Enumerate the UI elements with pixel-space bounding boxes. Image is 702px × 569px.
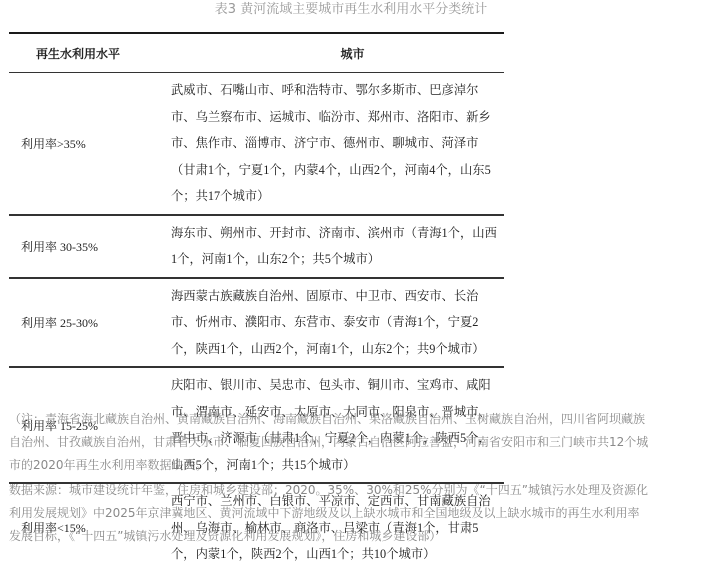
header-level: 再生水利用水平 [9, 34, 171, 73]
header-cities: 城市 [171, 34, 504, 73]
table-row: 利用率 25-30% 海西蒙古族藏族自治州、固原市、中卫市、西安市、长治市、忻州… [9, 278, 504, 368]
table-row: 利用率 30-35% 海东市、朔州市、开封市、济南市、滨州市（青海1个，山西1个… [9, 215, 504, 278]
row-level: 利用率 25-30% [9, 278, 171, 368]
row-cities: 武威市、石嘴山市、呼和浩特市、鄂尔多斯市、巴彦淖尔市、乌兰察布市、运城市、临汾市… [171, 73, 504, 215]
table-caption: 表3 黄河流域主要城市再生水利用水平分类统计 [0, 0, 702, 22]
row-cities: 海东市、朔州市、开封市、济南市、滨州市（青海1个，山西1个，河南1个，山东2个；… [171, 215, 504, 278]
row-cities: 海西蒙古族藏族自治州、固原市、中卫市、西安市、长治市、忻州市、濮阳市、东营市、泰… [171, 278, 504, 368]
table-header-row: 再生水利用水平 城市 [9, 34, 504, 73]
row-level: 利用率>35% [9, 73, 171, 215]
row-level: 利用率 30-35% [9, 215, 171, 278]
missing-data-note: （注：青海省海北藏族自治州、黄南藏族自治州、海南藏族自治州、果洛藏族自治州、玉树… [9, 408, 649, 477]
data-source-note: 数据来源：城市建设统计年鉴，住房和城乡建设部；2020。35%、30%和25%分… [9, 479, 649, 548]
table-row: 利用率>35% 武威市、石嘴山市、呼和浩特市、鄂尔多斯市、巴彦淖尔市、乌兰察布市… [9, 73, 504, 215]
